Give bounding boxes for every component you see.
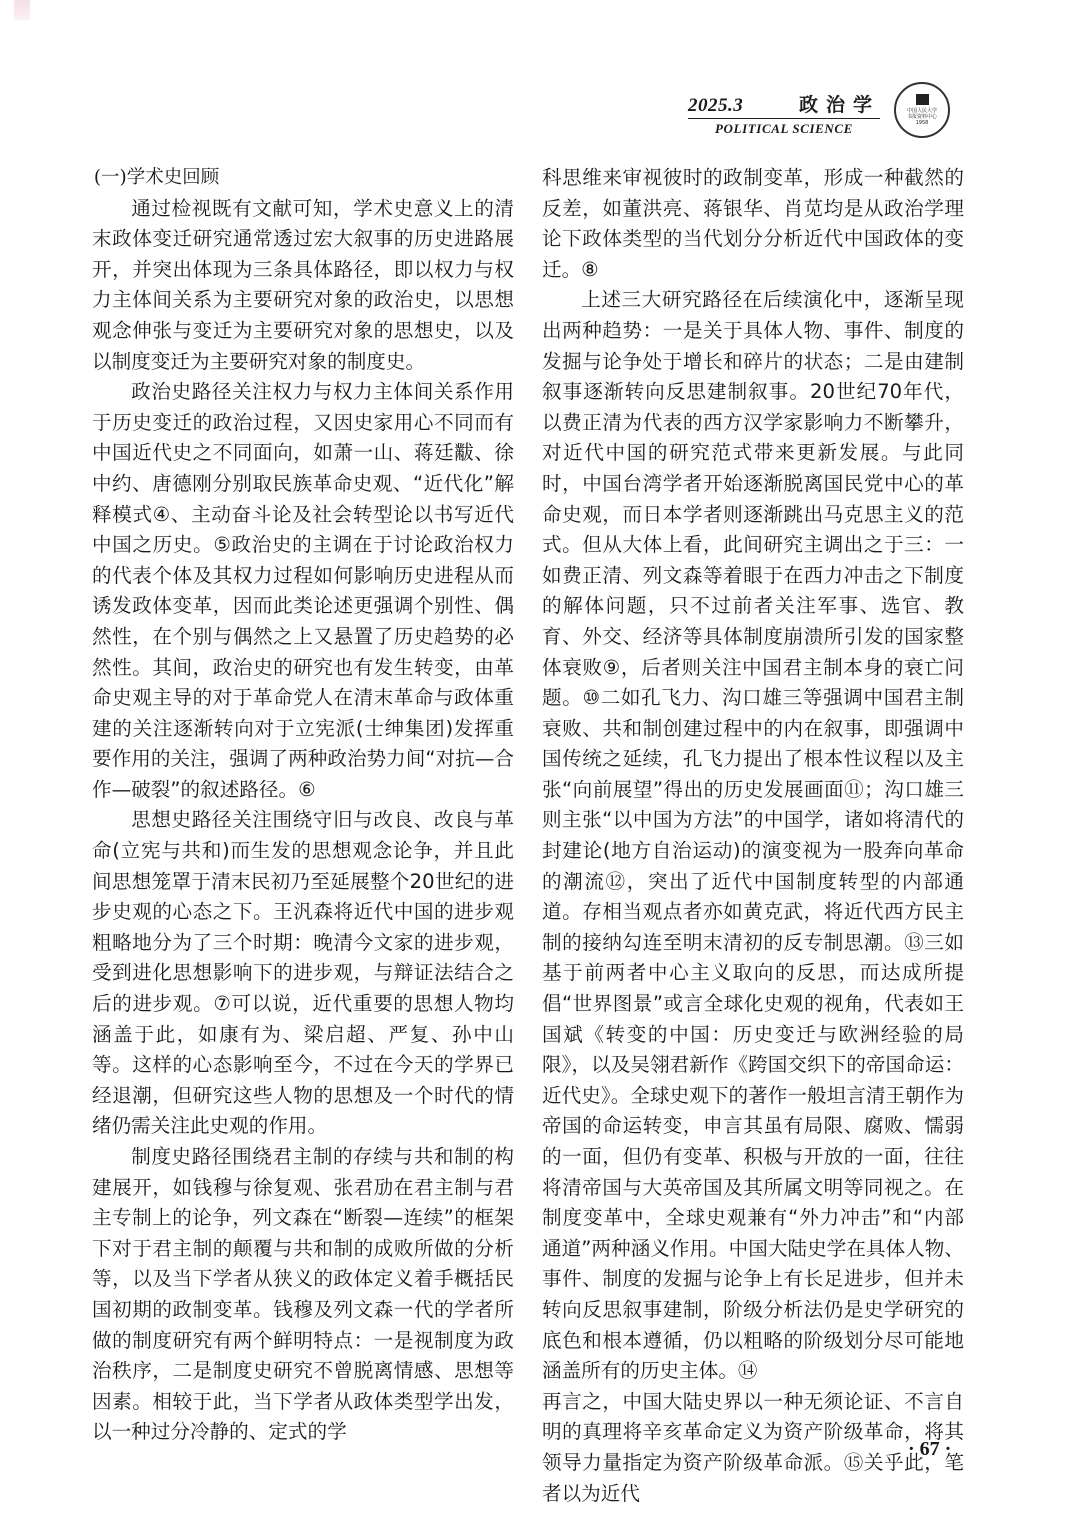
scan-corner-mark <box>14 0 30 20</box>
left-column: (一)学术史回顾 通过检视既有文献可知，学术史意义上的清末政体变迁研究通常透过宏… <box>92 163 514 1448</box>
paragraph: 通过检视既有文献可知，学术史意义上的清末政体变迁研究通常透过宏大叙事的历史进路展… <box>92 194 514 378</box>
book-icon <box>916 94 929 105</box>
paragraph: 上述三大研究路径在后续演化中，逐渐呈现出两种趋势：一是关于具体人物、事件、制度的… <box>542 285 964 1386</box>
paragraph: 再言之，中国大陆史界以一种无须论证、不言自明的真理将辛亥革命定义为资产阶级革命，… <box>542 1387 964 1509</box>
header-rule: 2025.3 政治学 <box>688 90 880 119</box>
paragraph: 思想史路径关注围绕守旧与改良、改良与革命(立宪与共和)而生发的思想观念论争，并且… <box>92 805 514 1142</box>
journal-title-en: POLITICAL SCIENCE <box>688 121 880 137</box>
page-number: · 67 · <box>908 1438 951 1461</box>
paragraph: 制度史路径围绕君主制的存续与共和制的构建展开，如钱穆与徐复观、张君劢在君主制与君… <box>92 1142 514 1448</box>
paragraph-continued: 科思维来审视彼时的政制变革，形成一种截然的反差，如董洪亮、蒋银华、肖苋均是从政治… <box>542 163 964 285</box>
journal-title-cn: 政治学 <box>799 90 880 117</box>
section-heading: (一)学术史回顾 <box>92 163 514 194</box>
paragraph: 政治史路径关注权力与权力主体间关系作用于历史变迁的政治过程，又因史家用心不同而有… <box>92 377 514 805</box>
running-header: 2025.3 政治学 POLITICAL SCIENCE <box>688 90 880 137</box>
library-stamp-icon: 中国人民大学 书报资料中心 1958 <box>894 82 950 138</box>
right-column: 科思维来审视彼时的政制变革，形成一种截然的反差，如董洪亮、蒋银华、肖苋均是从政治… <box>542 163 964 1509</box>
issue-number: 2025.3 <box>688 95 743 117</box>
stamp-year: 1958 <box>916 120 929 126</box>
